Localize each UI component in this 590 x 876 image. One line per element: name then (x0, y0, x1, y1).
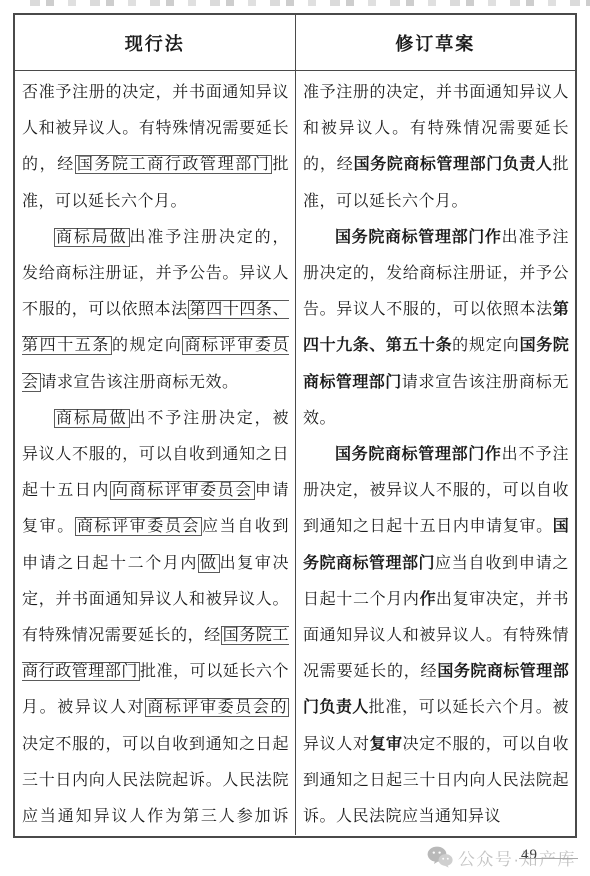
paragraph: 否准予注册的决定，并书面通知异议人和被异议人。有特殊情况需要延长的，经国务院工商… (22, 75, 289, 220)
boxed-deleted-text: 商标局做 (54, 228, 130, 247)
cut-off-text-remnant (30, 0, 590, 6)
plain-text: 决定不服的，可以自收到通知之日起三十日内向人民法院起诉。人民法院应当通知异议人作… (22, 736, 289, 835)
boxed-deleted-text: 商标局做 (54, 409, 130, 428)
column-header-current-law: 现行法 (15, 15, 295, 70)
watermark-footer: 公众号·知产库 (427, 844, 576, 870)
law-comparison-table: 现行法 修订草案 否准予注册的决定，并书面通知异议人和被异议人。有特殊情况需要延… (13, 13, 577, 838)
bold-revised-text: 国务院商标管理部门作 (335, 229, 502, 246)
paragraph: 准予注册的决定，并书面通知异议人和被异议人。有特殊情况需要延长的，经国务院商标管… (303, 75, 569, 220)
paragraph: 商标局做出不予注册决定，被异议人不服的，可以自收到通知之日起十五日内向商标评审委… (22, 401, 289, 835)
bold-revised-text: 国务院商标管理部门作 (335, 446, 502, 463)
paragraph: 商标局做出准予注册决定的，发给商标注册证，并予公告。异议人不服的，可以依照本法第… (22, 220, 289, 401)
current-law-column: 否准予注册的决定，并书面通知异议人和被异议人。有特殊情况需要延长的，经国务院工商… (15, 71, 295, 835)
boxed-deleted-text: 做 (198, 554, 220, 573)
plain-text: 的规定向 (452, 337, 519, 354)
plain-text: 的规定向 (112, 337, 182, 354)
boxed-deleted-text: 商标评审委员会的 (145, 698, 289, 717)
column-header-revised-draft: 修订草案 (295, 15, 576, 70)
boxed-deleted-text: 国务院工商行政管理部门 (75, 155, 273, 174)
table-header-row: 现行法 修订草案 (15, 15, 575, 71)
table-body-row: 否准予注册的决定，并书面通知异议人和被异议人。有特殊情况需要延长的，经国务院工商… (15, 71, 575, 835)
page-number: 49 (521, 847, 538, 864)
bold-revised-text: 复审 (370, 736, 403, 753)
watermark-text: 公众号·知产库 (458, 845, 576, 870)
document-page: 现行法 修订草案 否准予注册的决定，并书面通知异议人和被异议人。有特殊情况需要延… (0, 0, 590, 876)
boxed-deleted-text: 商标评审委员会 (75, 517, 202, 536)
paragraph: 国务院商标管理部门作出准予注册决定的，发给商标注册证，并予公告。异议人不服的，可… (303, 220, 569, 437)
revised-draft-column: 准予注册的决定，并书面通知异议人和被异议人。有特殊情况需要延长的，经国务院商标管… (295, 71, 575, 835)
bold-revised-text: 国务院商标管理部门负责人 (354, 156, 553, 173)
paragraph: 国务院商标管理部门作出不予注册决定，被异议人不服的，可以自收到通知之日起十五日内… (303, 437, 569, 835)
bold-revised-text: 作 (420, 591, 436, 608)
strike-line (519, 858, 578, 859)
boxed-deleted-text: 向商标评审委员会 (110, 481, 255, 500)
wechat-icon (427, 846, 453, 868)
plain-text: 请求宣告该注册商标无效。 (41, 374, 239, 391)
